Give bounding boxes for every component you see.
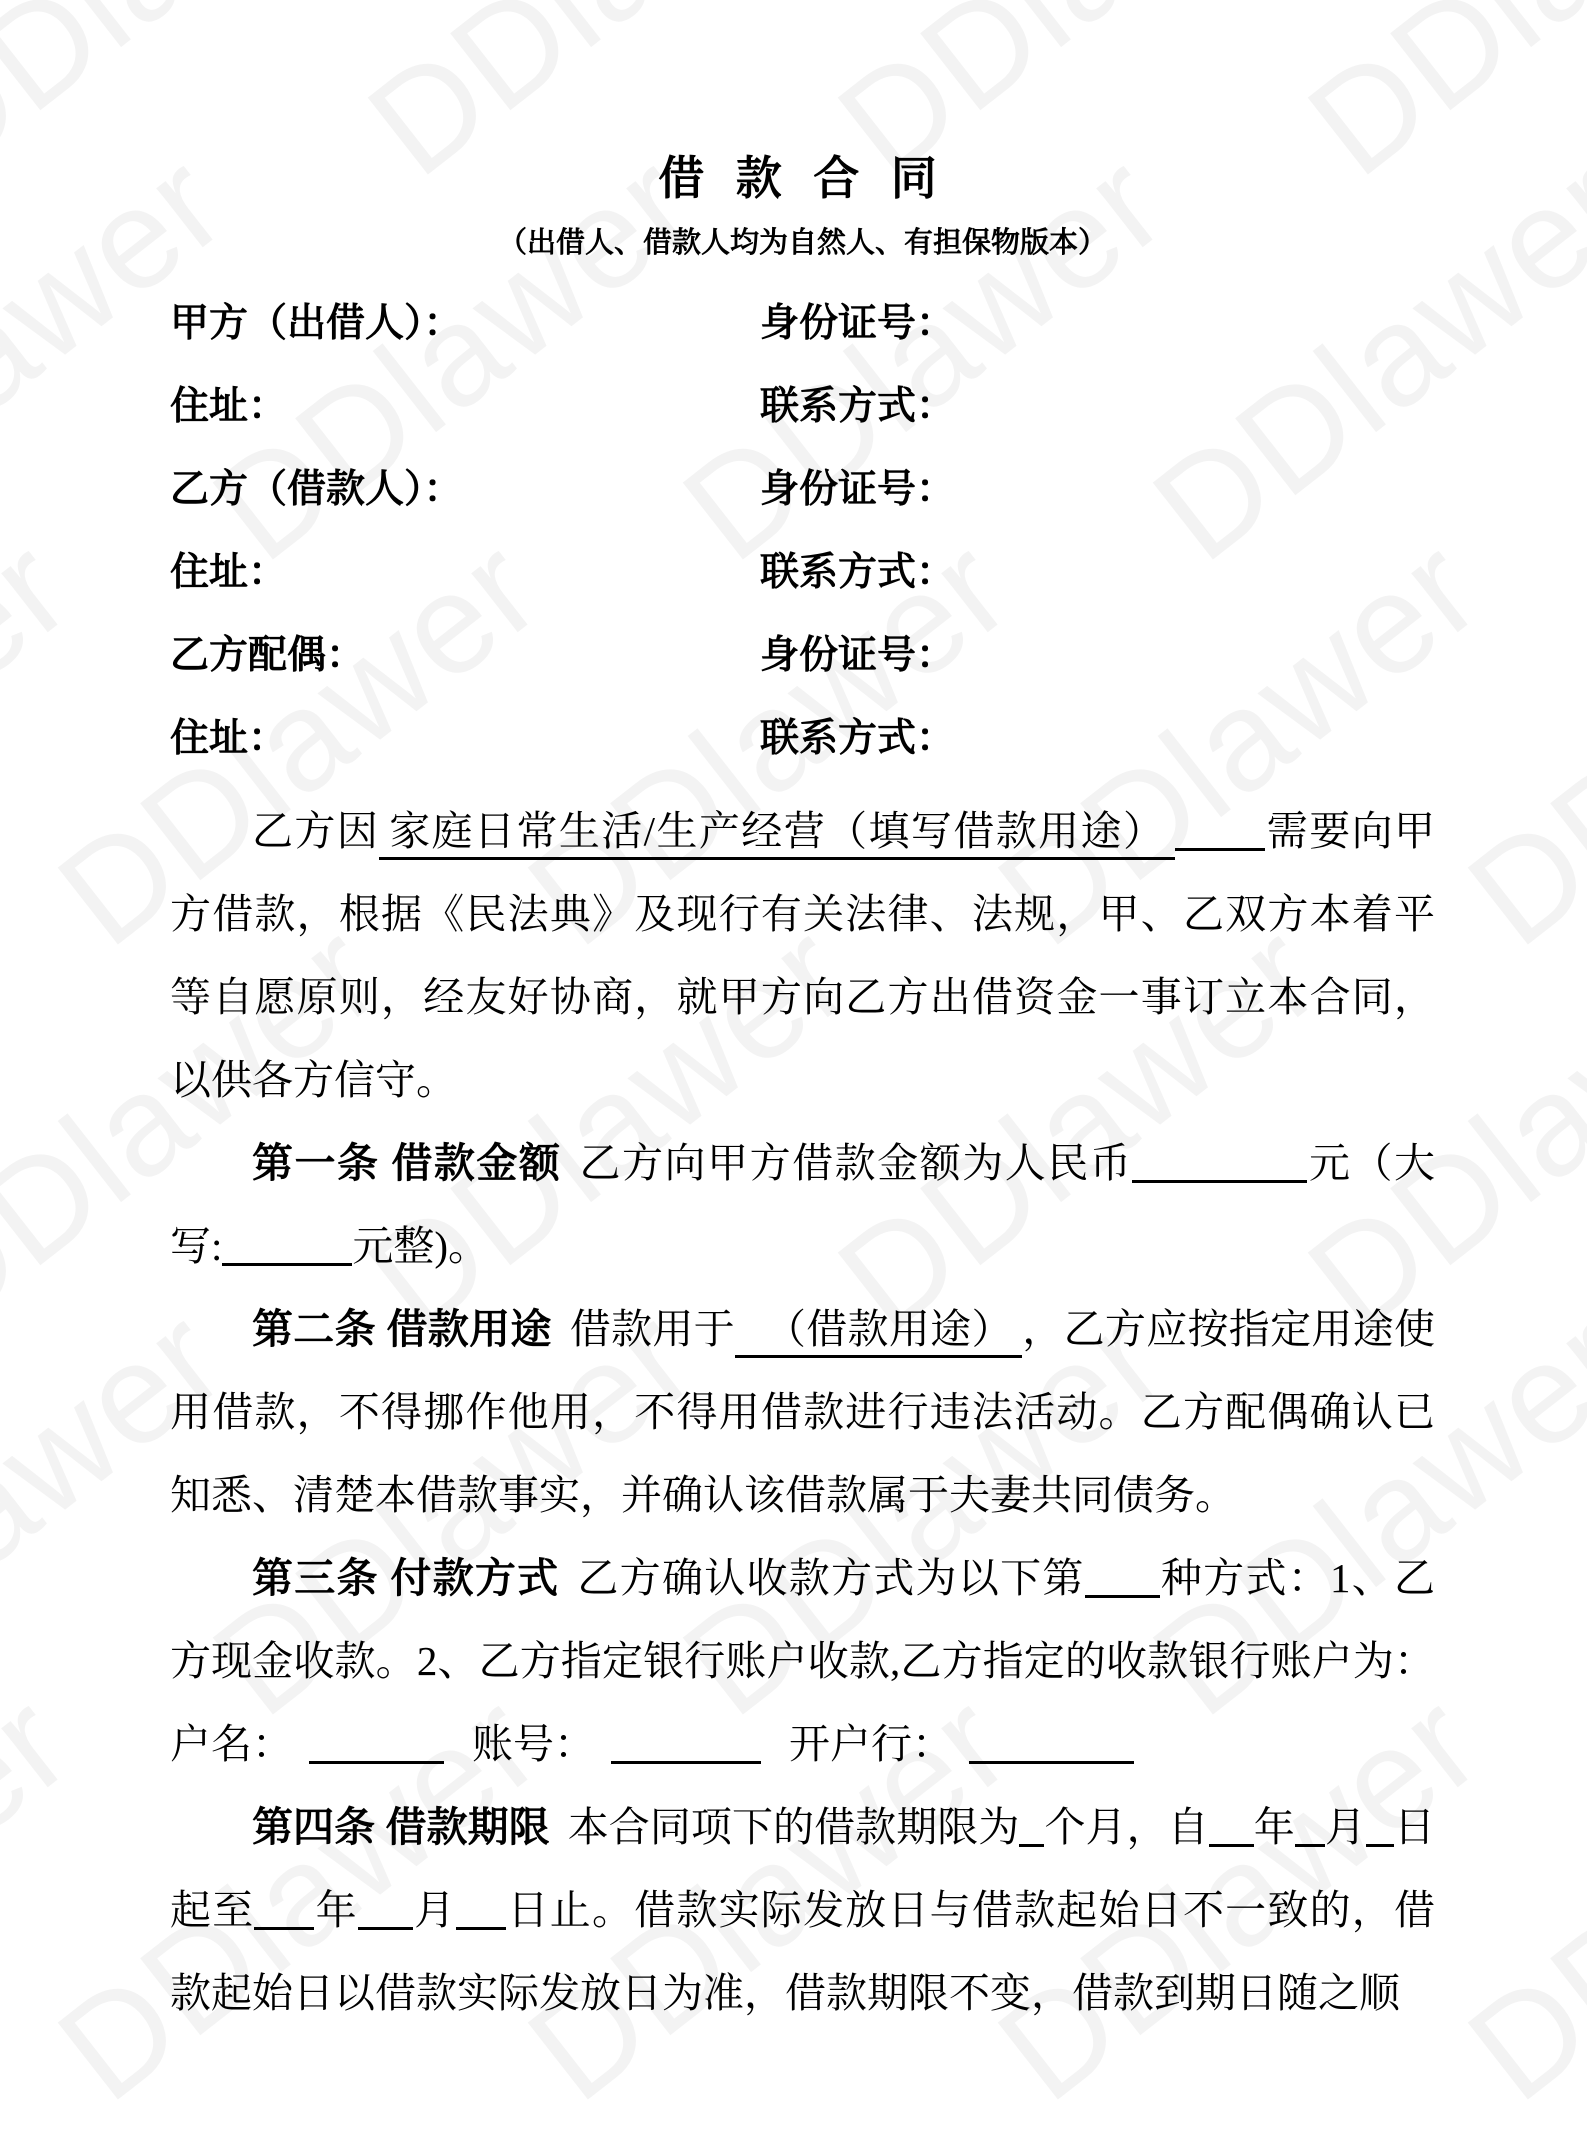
blank-month-field	[1295, 1818, 1325, 1847]
intro-paragraph: 乙方因家庭日常生活/生产经营（填写借款用途）需要向甲方借款，根据《民法典》及现行…	[170, 790, 1435, 1122]
party-row: 住址：联系方式：	[170, 697, 1435, 780]
watermark-text: DDlawer	[1439, 1660, 1587, 2133]
watermark-text: DDlawer	[0, 505, 100, 978]
field-label-contact: 联系方式：	[760, 697, 1435, 780]
article2-heading: 第二条 借款用途	[252, 1306, 552, 1352]
article1-heading: 第一条 借款金额	[252, 1140, 562, 1186]
blank-day-field	[1366, 1818, 1394, 1847]
blank-field	[1175, 822, 1265, 851]
article1-paragraph: 第一条 借款金额乙方向甲方借款金额为人民币元（大写:元整)。	[170, 1122, 1435, 1288]
party-row: 乙方（借款人）：身份证号：	[170, 448, 1435, 531]
article3-heading: 第三条 付款方式	[252, 1555, 559, 1601]
blank-amount-words-field	[222, 1237, 352, 1266]
intro-text: 乙方因	[252, 808, 379, 854]
blank-bank-name-field	[969, 1735, 1134, 1764]
page-title: 借 款 合 同	[170, 148, 1435, 210]
field-label-borrower-spouse: 乙方配偶：	[170, 614, 760, 697]
blank-account-number-field	[611, 1735, 761, 1764]
contract-document-page: DDlawerDDlawerDDlawerDDlawerDDlawerDDlaw…	[0, 0, 1587, 2151]
article3-text: 乙方确认收款方式为以下第	[577, 1555, 1084, 1601]
blank-account-name-field	[309, 1735, 444, 1764]
article3-text: 开户行：	[789, 1721, 953, 1767]
page-subtitle: （出借人、借款人均为自然人、有担保物版本）	[170, 218, 1435, 268]
watermark-text: DDlawer	[0, 1660, 100, 2133]
blank-months-field	[1019, 1818, 1044, 1847]
contract-content: 借 款 合 同 （出借人、借款人均为自然人、有担保物版本） 甲方（出借人）：身份…	[170, 148, 1435, 2035]
blank-year-field	[1209, 1818, 1254, 1847]
party-row: 住址：联系方式：	[170, 365, 1435, 448]
article4-text: 个月，自	[1044, 1804, 1208, 1850]
field-label-id-number: 身份证号：	[760, 282, 1435, 365]
article1-text: 乙方向甲方借款金额为人民币	[580, 1140, 1133, 1186]
article4-text: 年	[314, 1887, 357, 1933]
blank-year-field	[254, 1901, 314, 1930]
blank-month-field	[358, 1901, 413, 1930]
article1-text: 元整)。	[352, 1223, 489, 1269]
article3-text: 账号：	[472, 1721, 595, 1767]
article4-text: 年	[1254, 1804, 1295, 1850]
blank-day-field	[456, 1901, 506, 1930]
field-label-address: 住址：	[170, 365, 760, 448]
field-label-address: 住址：	[170, 697, 760, 780]
watermark-text: DDlawer	[1439, 505, 1587, 978]
field-label-lender: 甲方（出借人）：	[170, 282, 760, 365]
article4-paragraph: 第四条 借款期限本合同项下的借款期限为个月，自年月日起至年月日止。借款实际发放日…	[170, 1786, 1435, 2035]
article4-text: 本合同项下的借款期限为	[568, 1804, 1020, 1850]
field-label-address: 住址：	[170, 531, 760, 614]
loan-purpose-filled-value: 家庭日常生活/生产经营（填写借款用途）	[379, 808, 1175, 860]
article2-paragraph: 第二条 借款用途借款用于（借款用途），乙方应按指定用途使用借款，不得挪作他用，不…	[170, 1288, 1435, 1537]
field-label-borrower: 乙方（借款人）：	[170, 448, 760, 531]
article4-heading: 第四条 借款期限	[252, 1804, 550, 1850]
article4-text: 月	[413, 1887, 456, 1933]
party-row: 乙方配偶：身份证号：	[170, 614, 1435, 697]
article3-paragraph: 第三条 付款方式乙方确认收款方式为以下第种方式：1、乙方现金收款。2、乙方指定银…	[170, 1537, 1435, 1786]
field-label-contact: 联系方式：	[760, 365, 1435, 448]
party-row: 住址：联系方式：	[170, 531, 1435, 614]
article4-text: 月	[1325, 1804, 1366, 1850]
article2-text: 借款用于	[570, 1306, 735, 1352]
party-row: 甲方（出借人）：身份证号：	[170, 282, 1435, 365]
party-info-section: 甲方（出借人）：身份证号： 住址：联系方式： 乙方（借款人）：身份证号： 住址：…	[170, 282, 1435, 780]
blank-method-number-field	[1085, 1569, 1160, 1598]
blank-amount-field	[1132, 1154, 1307, 1183]
field-label-id-number: 身份证号：	[760, 614, 1435, 697]
field-label-contact: 联系方式：	[760, 531, 1435, 614]
field-label-id-number: 身份证号：	[760, 448, 1435, 531]
loan-purpose-placeholder: （借款用途）	[735, 1306, 1022, 1358]
